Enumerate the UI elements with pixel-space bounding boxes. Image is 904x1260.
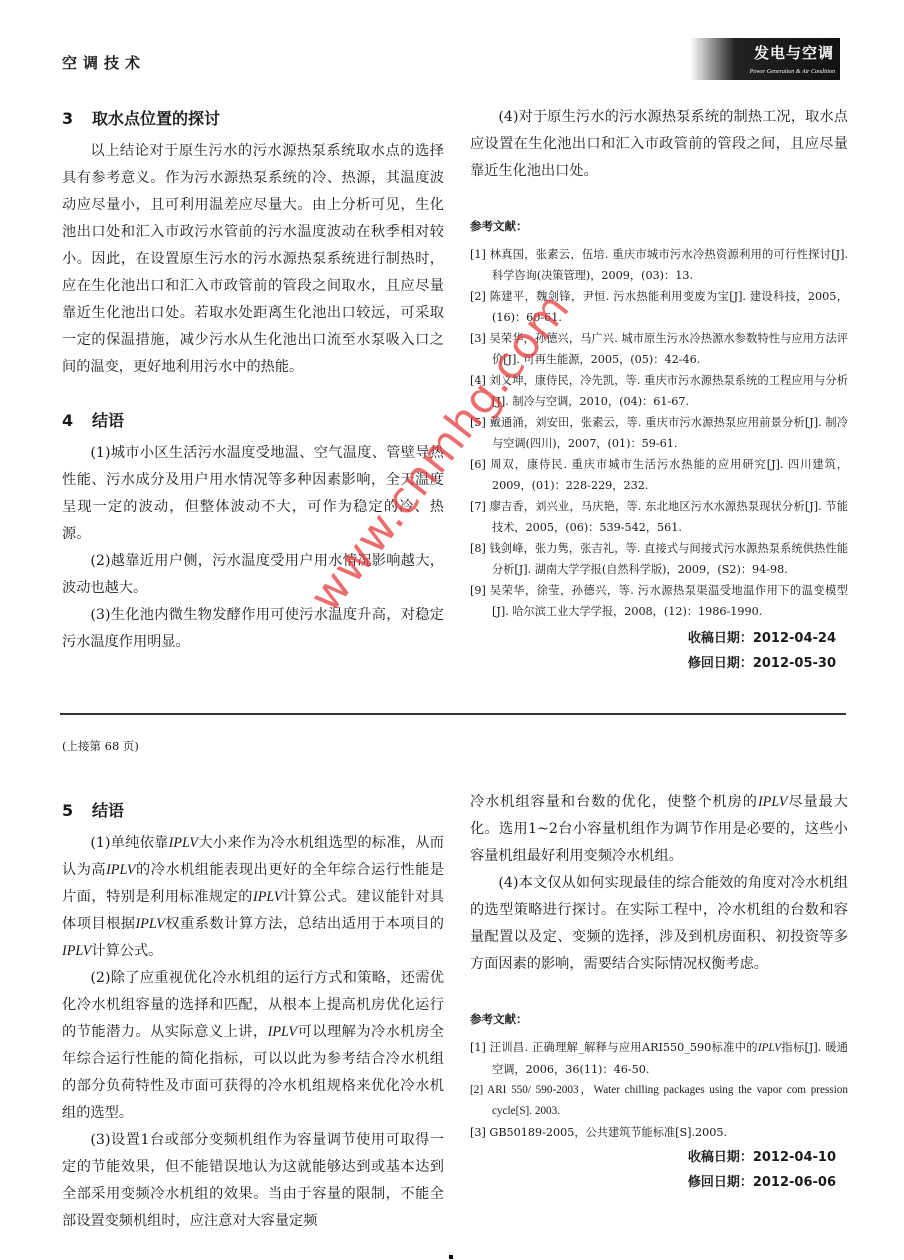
reference-item: [1] 汪训昌. 正确理解_解释与应用ARI550_590标准中的IPLV指标[… xyxy=(470,1037,848,1080)
conclusion-item-2: (2)越靠近用户侧，污水温度受用户用水情况影响越大，波动也越大。 xyxy=(62,548,444,602)
iplv-item-2: (2)除了应重视优化冷水机组的运行方式和策略，还需优化冷水机组容量的选择和匹配，… xyxy=(62,965,444,1127)
revised-date: 修回日期：2012-06-06 xyxy=(470,1170,848,1195)
continued-from-note: (上接第 68 页) xyxy=(62,738,139,754)
reference-item: [7] 廖吉香，刘兴业，马庆艳，等. 东北地区污水水源热泵现状分析[J]. 节能… xyxy=(470,496,848,538)
iplv-item-1: (1)单纯依靠IPLV大小来作为冷水机组选型的标准，从而认为高IPLV的冷水机组… xyxy=(62,830,444,965)
references-title: 参考文献： xyxy=(470,213,848,240)
journal-logo: 发电与空调 Power Generation & Air Condition xyxy=(690,38,840,80)
bottom-right-column: 冷水机组容量和台数的优化，使整个机房的IPLV尽量最大化。选用1~2台小容量机组… xyxy=(470,789,848,1195)
section-3-paragraph: 以上结论对于原生污水的污水源热泵系统取水点的选择具有参考意义。作为污水源热泵系统… xyxy=(62,138,444,381)
journal-name: 空调技术 xyxy=(62,52,146,73)
received-date: 收稿日期：2012-04-24 xyxy=(470,626,848,651)
section-4-heading: 4结语 xyxy=(62,407,444,434)
conclusion-item-4: (4)对于原生污水的污水源热泵系统的制热工况，取水点应设置在生化池出口和汇入市政… xyxy=(470,104,848,185)
iplv-item-3: (3)设置1台或部分变频机组作为容量调节使用可取得一定的节能效果，但不能错误地认… xyxy=(62,1127,444,1235)
logo-chinese-text: 发电与空调 xyxy=(754,42,834,63)
received-date: 收稿日期：2012-04-10 xyxy=(470,1145,848,1170)
section-3-heading: 3取水点位置的探讨 xyxy=(62,105,444,132)
iplv-item-3-continued: 冷水机组容量和台数的优化，使整个机房的IPLV尽量最大化。选用1~2台小容量机组… xyxy=(470,789,848,870)
page-number-mark xyxy=(449,1255,453,1259)
reference-item: [5] 戴通涌，刘安田，张素云，等. 重庆市污水源热泵应用前景分析[J]. 制冷… xyxy=(470,412,848,454)
bottom-left-column: 5结语 (1)单纯依靠IPLV大小来作为冷水机组选型的标准，从而认为高IPLV的… xyxy=(62,797,444,1235)
reference-item: [3] 吴荣华，孙德兴，马广兴. 城市原生污水冷热源水参数特性与应用方法评价[J… xyxy=(470,328,848,370)
top-left-column: 3取水点位置的探讨 以上结论对于原生污水的污水源热泵系统取水点的选择具有参考意义… xyxy=(62,105,444,656)
reference-item: [1] 林真国，张素云，伍培. 重庆市城市污水冷热资源利用的可行性探讨[J]. … xyxy=(470,244,848,286)
conclusion-item-3: (3)生化池内微生物发酵作用可使污水温度升高，对稳定污水温度作用明显。 xyxy=(62,602,444,656)
section-5-heading: 5结语 xyxy=(62,797,444,824)
revised-date: 修回日期：2012-05-30 xyxy=(470,651,848,676)
reference-item: [2] ARI 550/ 590-2003，Water chilling pac… xyxy=(470,1080,848,1122)
conclusion-item-1: (1)城市小区生活污水温度受地温、空气温度、管壁导热性能、污水成分及用户用水情况… xyxy=(62,440,444,548)
iplv-item-4: (4)本文仅从如何实现最佳的综合能效的角度对冷水机组的选型策略进行探讨。在实际工… xyxy=(470,870,848,978)
section-divider xyxy=(60,713,846,715)
logo-english-text: Power Generation & Air Condition xyxy=(750,69,835,75)
reference-item: [8] 钱剑峰，张力隽，张吉礼，等. 直接式与间接式污水源热泵系统供热性能分析[… xyxy=(470,538,848,580)
references-title: 参考文献： xyxy=(470,1006,848,1033)
top-right-column: (4)对于原生污水的污水源热泵系统的制热工况，取水点应设置在生化池出口和汇入市政… xyxy=(470,104,848,676)
reference-item: [6] 周双，康侍民. 重庆市城市生活污水热能的应用研究[J]. 四川建筑，20… xyxy=(470,454,848,496)
reference-item: [2] 陈建平，魏剑锋，尹恒. 污水热能利用变废为宝[J]. 建设科技，2005… xyxy=(470,286,848,328)
reference-item: [3] GB50189-2005，公共建筑节能标准[S].2005. xyxy=(470,1122,848,1143)
reference-item: [9] 吴荣华，徐莹，孙德兴，等. 污水源热泵渠温受地温作用下的温变模型[J].… xyxy=(470,580,848,622)
reference-item: [4] 刘义坤，康侍民，冷先凯，等. 重庆市污水源热泵系统的工程应用与分析[J]… xyxy=(470,370,848,412)
